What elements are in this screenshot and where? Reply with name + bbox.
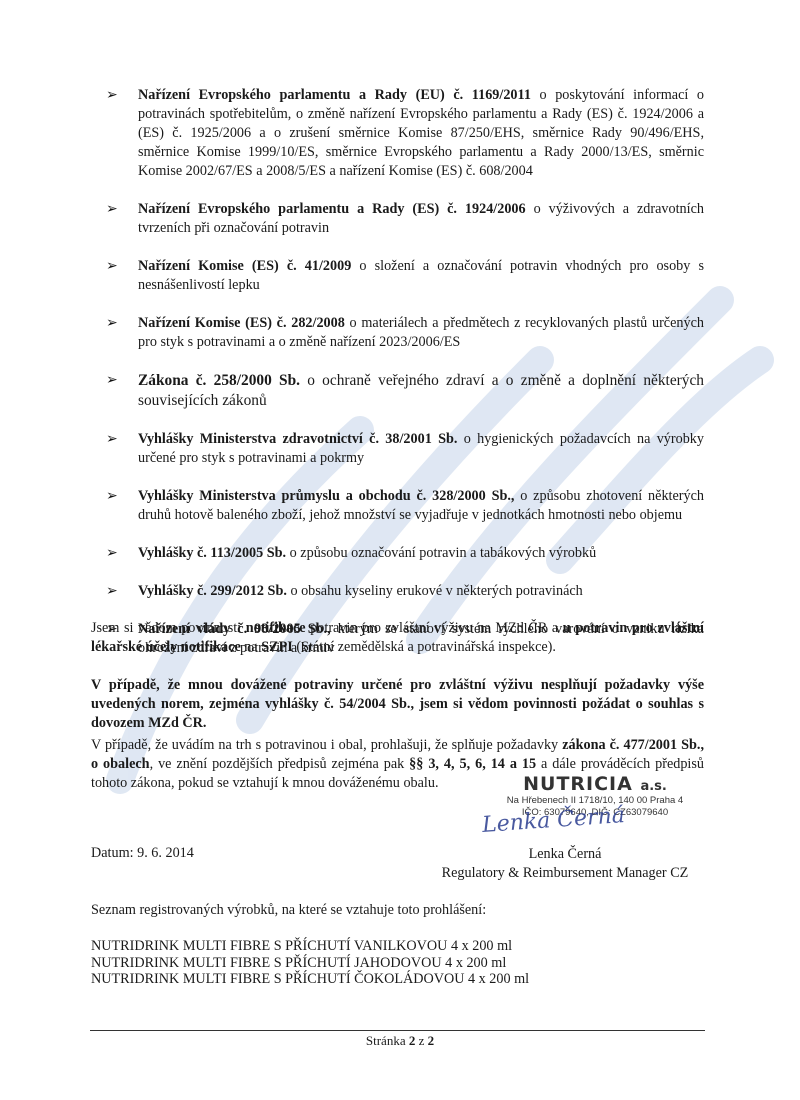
- arrow-bullet-icon: ➢: [106, 257, 118, 276]
- arrow-bullet-icon: ➢: [106, 371, 118, 391]
- page-number: Stránka 2 z 2: [0, 1033, 800, 1049]
- signer-title: Regulatory & Reimbursement Manager CZ: [420, 864, 710, 883]
- list-item: ➢Vyhlášky Ministerstva průmyslu a obchod…: [104, 487, 704, 525]
- list-item: ➢Nařízení Evropského parlamentu a Rady (…: [104, 86, 704, 181]
- arrow-bullet-icon: ➢: [106, 487, 118, 506]
- regulation-list: ➢Nařízení Evropského parlamentu a Rady (…: [104, 86, 704, 658]
- notification-paragraph: Jsem si vědom povinnosti notifikace potr…: [91, 619, 704, 657]
- list-item: ➢Nařízení Komise (ES) č. 282/2008 o mate…: [104, 314, 704, 352]
- product-item: NUTRIDRINK MULTI FIBRE S PŘÍCHUTÍ JAHODO…: [91, 955, 529, 972]
- import-paragraph: V případě, že mnou dovážené potraviny ur…: [91, 676, 704, 733]
- arrow-bullet-icon: ➢: [106, 544, 118, 563]
- list-item: ➢Vyhlášky č. 299/2012 Sb. o obsahu kysel…: [104, 582, 704, 601]
- arrow-bullet-icon: ➢: [106, 314, 118, 333]
- list-item: ➢Vyhlášky č. 113/2005 Sb. o způsobu ozna…: [104, 544, 704, 563]
- list-item: ➢Nařízení Komise (ES) č. 41/2009 o slože…: [104, 257, 704, 295]
- arrow-bullet-icon: ➢: [106, 200, 118, 219]
- date-text: Datum: 9. 6. 2014: [91, 845, 194, 862]
- signer-name: Lenka Černá: [420, 845, 710, 864]
- document-page: ➢Nařízení Evropského parlamentu a Rady (…: [0, 0, 800, 1100]
- footer-divider: [90, 1030, 705, 1031]
- arrow-bullet-icon: ➢: [106, 582, 118, 601]
- product-item: NUTRIDRINK MULTI FIBRE S PŘÍCHUTÍ VANILK…: [91, 938, 529, 955]
- arrow-bullet-icon: ➢: [106, 430, 118, 449]
- product-item: NUTRIDRINK MULTI FIBRE S PŘÍCHUTÍ ČOKOLÁ…: [91, 971, 529, 988]
- list-item: ➢Vyhlášky Ministerstva zdravotnictví č. …: [104, 430, 704, 468]
- signer-block: Lenka Černá Regulatory & Reimbursement M…: [420, 845, 710, 883]
- arrow-bullet-icon: ➢: [106, 86, 118, 105]
- products-heading: Seznam registrovaných výrobků, na které …: [91, 902, 486, 919]
- product-list: NUTRIDRINK MULTI FIBRE S PŘÍCHUTÍ VANILK…: [91, 938, 529, 988]
- list-item: ➢Nařízení Evropského parlamentu a Rady (…: [104, 200, 704, 238]
- list-item: ➢Zákona č. 258/2000 Sb. o ochraně veřejn…: [104, 371, 704, 411]
